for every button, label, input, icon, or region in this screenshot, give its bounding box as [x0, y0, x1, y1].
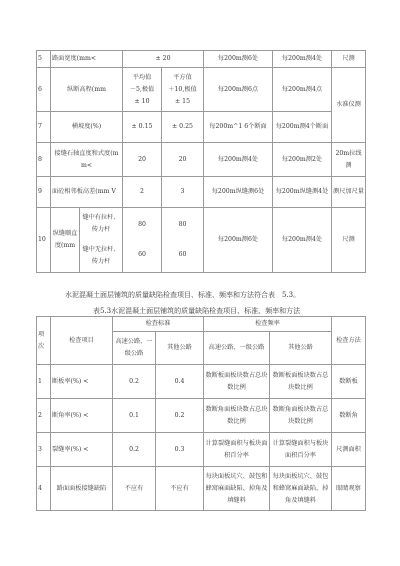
frequency-other: 每200m测4处	[273, 51, 332, 68]
row-number: 9	[37, 177, 51, 208]
frequency-other: 数断板面板块数占总块数比例	[270, 365, 332, 399]
defect-inspection-table: 项次 检查项目 检查标准 检查频率 检查方法 高速公路、一级公路 其他公路 高速…	[36, 316, 366, 511]
frequency-highway: 每200m测6处	[204, 51, 273, 68]
frequency-highway: 每200m测6点	[204, 68, 273, 112]
table-row: 9 面砼相邻板高差(mm V 2 3 每200m纵缝测6处 每200m纵缝测4处…	[37, 177, 366, 208]
header-no: 项次	[37, 317, 51, 365]
header-frequency-other: 其他公路	[270, 332, 332, 365]
standard-other: ± 0.25	[162, 112, 204, 143]
standard-highway: ± 0.15	[123, 112, 162, 143]
row-number: 3	[37, 433, 51, 467]
table-row: 4 路面面板接缝缺陷 不应有 不应有 每块面板坑穴、鼓包和蜂窝麻面缺陷、掉角及填…	[37, 467, 366, 511]
standard-other: 0.2	[156, 399, 204, 433]
check-method: 眼睛观察	[332, 467, 366, 511]
header-standard-other: 其他公路	[156, 332, 204, 365]
table-row: 10 纵缝顺直度(mm 缝中有拉杆、传力杆 缝中无拉杆、传力杆 8060 806…	[37, 208, 366, 273]
check-method: 尺测面积	[332, 433, 366, 467]
body-paragraph: 水泥混凝土面层铺筑的质量缺陷检查项目、标准、频率和方法符合表 5.3。	[65, 290, 300, 300]
check-item: 裂缝率(%) <	[51, 433, 113, 467]
check-item: 纵断高程(mm	[51, 68, 123, 112]
frequency-highway: 每块面板坑穴、鼓包和蜂窝麻面缺陷、掉角及填缝料	[204, 467, 270, 511]
table-row: 2 断角率(%) < 0.1 0.2 数断角面板块数占总块数比例 数断角面板块数…	[37, 399, 366, 433]
frequency-highway: 每200m纵缝测6处	[204, 177, 273, 208]
standard-highway: 0.2	[113, 433, 156, 467]
check-item: 断角率(%) <	[51, 399, 113, 433]
standard-other: 20	[162, 143, 204, 177]
header-standard-highway: 高速公路、一级公路	[113, 332, 156, 365]
frequency-highway: 每200m^1 6个断面	[204, 112, 273, 143]
standard-other: 平方值＋10,极值± 15	[162, 68, 204, 112]
table-row: 1 断板率(%) < 0.2 0.4 数断板面板块数占总块数比例 数断板面板块数…	[37, 365, 366, 399]
standard-other: 0.3	[156, 433, 204, 467]
check-method: 20m拉线测	[332, 143, 366, 177]
frequency-other: 数断角面板块数占总块数比例	[270, 399, 332, 433]
standard-highway: 不应有	[113, 467, 156, 511]
frequency-other: 每块面板坑穴、鼓包和蜂窝麻面缺陷、掉角及填缝料	[270, 467, 332, 511]
frequency-highway: 数断板面板块数占总块数比例	[204, 365, 270, 399]
header-standard: 检查标准	[113, 317, 204, 332]
row-number: 5	[37, 51, 51, 68]
frequency-other: 每200m测4处	[273, 208, 332, 273]
check-item: 断板率(%) <	[51, 365, 113, 399]
table-row: 7 横坡度(%) ± 0.15 ± 0.25 每200m^1 6个断面 每200…	[37, 112, 366, 143]
table-row: 5 路面宽度(mm< ± 20 每200m测6处 每200m测4处 尺测	[37, 51, 366, 68]
header-item: 检查项目	[51, 317, 113, 365]
standard-other: 0.4	[156, 365, 204, 399]
standard-highway: 8060	[123, 208, 162, 273]
row-number: 10	[37, 208, 51, 273]
standard-highway: 2	[123, 177, 162, 208]
quality-standards-table: 5 路面宽度(mm< ± 20 每200m测6处 每200m测4处 尺测 6 纵…	[36, 50, 366, 273]
check-item: 横坡度(%)	[51, 112, 123, 143]
check-method: 测尺加尺量	[332, 177, 366, 208]
frequency-other: 每200m测2处	[273, 143, 332, 177]
standard-other: 8060	[162, 208, 204, 273]
check-item: 纵缝顺直度(mm 缝中有拉杆、传力杆 缝中无拉杆、传力杆	[51, 208, 123, 273]
table-row: 8 接缝石轴直度和式度(mm< 20 20 每200m测4处 每200m测2处 …	[37, 143, 366, 177]
check-item: 路面宽度(mm<	[51, 51, 123, 68]
check-method: 尺测	[332, 51, 366, 68]
standard-other: 3	[162, 177, 204, 208]
row-number: 1	[37, 365, 51, 399]
standard-highway: 0.2	[113, 365, 156, 399]
row-number: 6	[37, 68, 51, 112]
check-method: 水准仪测	[332, 68, 366, 143]
table-header-row: 项次 检查项目 检查标准 检查频率 检查方法	[37, 317, 366, 332]
check-method: 数断板	[332, 365, 366, 399]
row-number: 2	[37, 399, 51, 433]
check-item: 接缝石轴直度和式度(mm<	[51, 143, 123, 177]
table-caption: 表5.3水泥混凝土面层铺筑的质量缺陷检查项目、标准、频率和方法	[93, 306, 300, 316]
frequency-highway: 计算裂缝面积与板块面积百分率	[204, 433, 270, 467]
frequency-other: 计算裂缝面积与板块面积百分率	[270, 433, 332, 467]
standard-other: 不应有	[156, 467, 204, 511]
frequency-highway: 每200m测6处	[204, 208, 273, 273]
standard-value: ± 20	[123, 51, 204, 68]
standard-highway: 0.1	[113, 399, 156, 433]
check-method: 数断角	[332, 399, 366, 433]
row-number: 8	[37, 143, 51, 177]
header-method: 检查方法	[332, 317, 366, 365]
frequency-other: 每200m测4个断面	[273, 112, 332, 143]
header-frequency: 检查频率	[204, 317, 332, 332]
header-frequency-highway: 高速公路、一级公路	[204, 332, 270, 365]
frequency-highway: 数断角面板块数占总块数比例	[204, 399, 270, 433]
table-row: 3 裂缝率(%) < 0.2 0.3 计算裂缝面积与板块面积百分率 计算裂缝面积…	[37, 433, 366, 467]
check-item: 面砼相邻板高差(mm V	[51, 177, 123, 208]
standard-highway: 20	[123, 143, 162, 177]
frequency-highway: 每200m测4处	[204, 143, 273, 177]
frequency-other: 每200m纵缝测4处	[273, 177, 332, 208]
standard-highway: 平均值－5,极值± 10	[123, 68, 162, 112]
check-method: 尺测	[332, 208, 366, 273]
row-number: 7	[37, 112, 51, 143]
table-row: 6 纵断高程(mm 平均值－5,极值± 10 平方值＋10,极值± 15 每20…	[37, 68, 366, 112]
frequency-other: 每200m测4点	[273, 68, 332, 112]
check-item: 路面面板接缝缺陷	[51, 467, 113, 511]
row-number: 4	[37, 467, 51, 511]
